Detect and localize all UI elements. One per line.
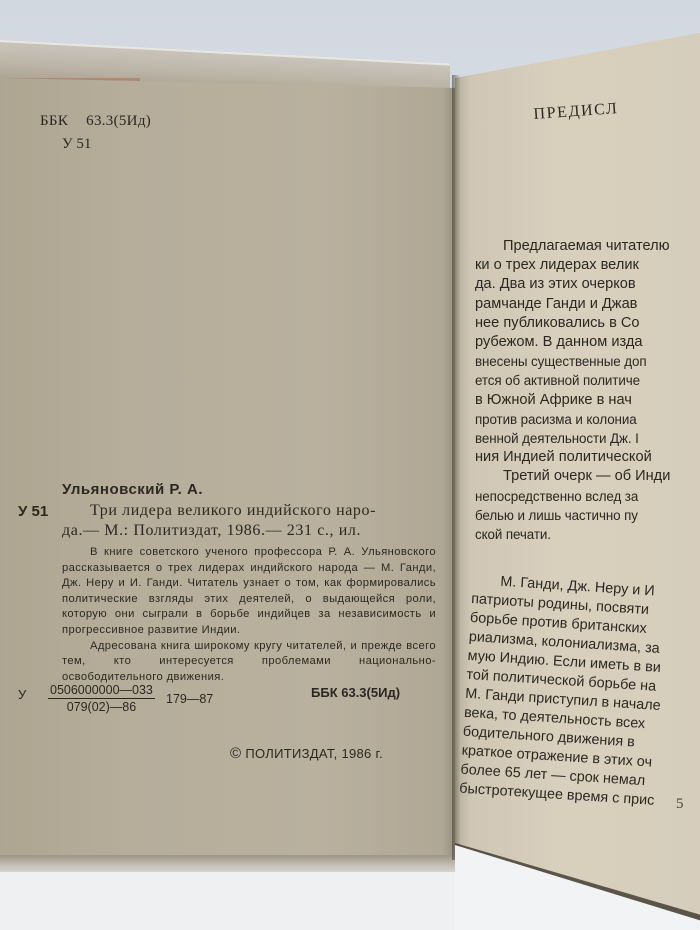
book-cover-bottom [0, 855, 460, 873]
photo-scene: ББК63.3(5Ид) У 51 Ульяновский Р. А. У 51… [0, 0, 700, 930]
book-annotation: В книге советского ученого профессора Р.… [62, 545, 436, 685]
bbk-code: 63.3(5Ид) [86, 113, 151, 129]
preface-line: да. Два из этих очерков [475, 275, 700, 294]
author-index-main: У 51 [18, 503, 48, 520]
book-title-line-1: Три лидера великого индийского наро- [90, 502, 376, 520]
preface-line: внесены существенные доп [475, 352, 700, 371]
preface-body-upper: Предлагаемая читателю ки о трех лидерах … [475, 237, 700, 544]
copyright-notice: ©ПОЛИТИЗДАТ, 1986 г. [230, 745, 383, 762]
catalog-bbk: ББК 63.3(5Ид) [311, 685, 400, 700]
book-title-line-2: да.— М.: Политиздат, 1986.— 231 с., ил. [62, 522, 361, 540]
catalog-suffix: 179—87 [166, 692, 213, 706]
preface-line: против расизма и колониа [475, 410, 700, 429]
preface-heading: ПРЕДИСЛ [533, 100, 619, 124]
preface-line: белью и лишь частично пу [475, 506, 700, 525]
annotation-paragraph-2: Адресована книга широкому кругу читателе… [62, 639, 436, 686]
preface-line: ки о трех лидерах велик [475, 256, 700, 275]
preface-page: ПРЕДИСЛ Предлагаемая читателю ки о трех … [455, 30, 700, 930]
preface-line: ния Индией политической [475, 448, 700, 467]
copyright-icon: © [230, 745, 241, 762]
preface-line: рамчанде Ганди и Джав [475, 295, 700, 314]
table-surface [0, 872, 460, 930]
catalog-prefix: У [18, 687, 26, 702]
preface-line: в Южной Африке в нач [475, 391, 700, 410]
catalog-code-block: У 0506000000—033 079(02)—86 179—87 ББК 6… [18, 683, 438, 723]
preface-line: ской печати. [475, 525, 700, 544]
preface-line: венной деятельности Дж. I [475, 429, 700, 448]
catalog-fraction: 0506000000—033 079(02)—86 [48, 683, 155, 714]
catalog-denominator: 079(02)—86 [48, 699, 155, 714]
bbk-classification-top: ББК63.3(5Ид) [40, 113, 151, 130]
bbk-label: ББК [40, 113, 68, 129]
author-name: Ульяновский Р. А. [62, 481, 203, 498]
catalog-numerator: 0506000000—033 [48, 683, 155, 699]
preface-line: Предлагаемая читателю [475, 237, 700, 256]
preface-line: рубежом. В данном изда [475, 333, 700, 352]
preface-line: Третий очерк — об Инди [475, 467, 700, 486]
page-number: 5 [676, 796, 684, 813]
preface-line: непосредственно вслед за [475, 487, 700, 506]
copyright-text: ПОЛИТИЗДАТ, 1986 г. [245, 746, 383, 761]
preface-line: нее публиковались в Со [475, 314, 700, 333]
annotation-paragraph-1: В книге советского ученого профессора Р.… [62, 545, 436, 639]
left-page [0, 60, 460, 860]
preface-line: ется об активной политиче [475, 371, 700, 390]
author-index-top: У 51 [62, 136, 91, 153]
preface-body-lower: М. Ганди, Дж. Неру и И патриоты родины, … [459, 571, 700, 819]
